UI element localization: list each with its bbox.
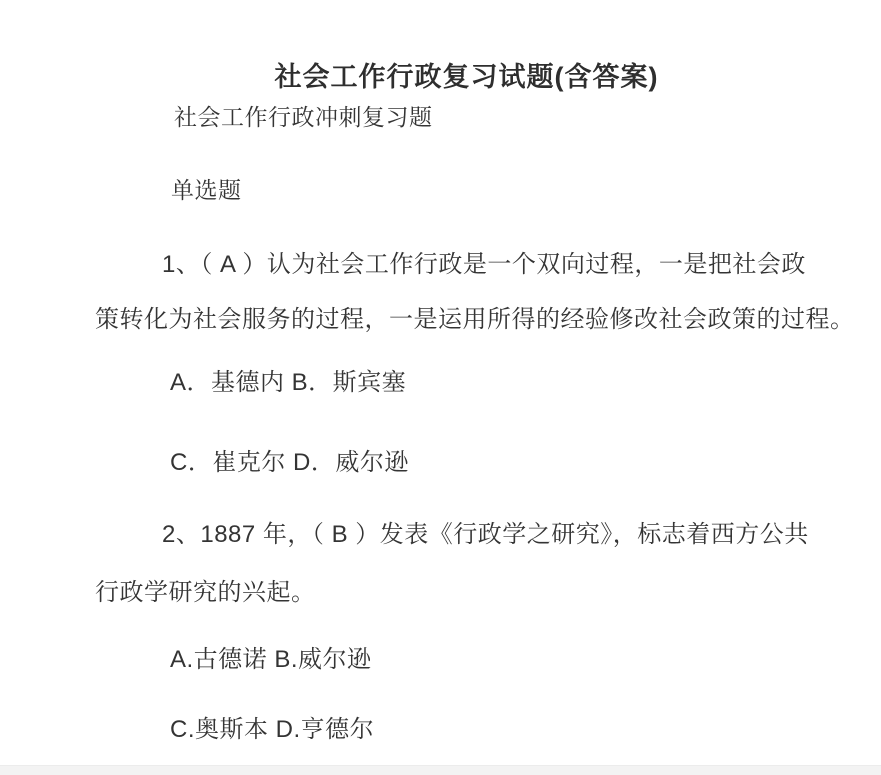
question-1-options-cd: C．崔克尔 D．威尔逊 bbox=[170, 451, 409, 475]
document-subtitle: 社会工作行政冲刺复习题 bbox=[174, 106, 433, 129]
scan-bottom-edge bbox=[0, 765, 881, 775]
question-2-options-cd: C.奥斯本 D.亨德尔 bbox=[170, 718, 374, 742]
question-1-options-ab: A．基德内 B．斯宾塞 bbox=[170, 371, 406, 395]
page-title-text: 社会工作行政复习试题 bbox=[275, 62, 555, 92]
question-1-text-line-2: 策转化为社会服务的过程，一是运用所得的经验修改社会政策的过程。 bbox=[95, 308, 855, 332]
document-page: 社会工作行政复习试题(含答案) 社会工作行政冲刺复习题 单选题 1、（ A ）认… bbox=[0, 0, 881, 775]
section-heading-single-choice: 单选题 bbox=[171, 179, 242, 202]
question-2-options-ab: A.古德诺 B.威尔逊 bbox=[170, 648, 372, 672]
question-2-text-line-1: 2、1887 年，（ B ）发表《行政学之研究》，标志着西方公共 bbox=[162, 523, 809, 547]
page-title-answer-note: (含答案) bbox=[555, 62, 659, 92]
question-2-text-line-2: 行政学研究的兴起。 bbox=[95, 581, 316, 605]
page-title: 社会工作行政复习试题(含答案) bbox=[0, 64, 881, 91]
question-1-text-line-1: 1、（ A ）认为社会工作行政是一个双向过程，一是把社会政 bbox=[162, 253, 806, 277]
